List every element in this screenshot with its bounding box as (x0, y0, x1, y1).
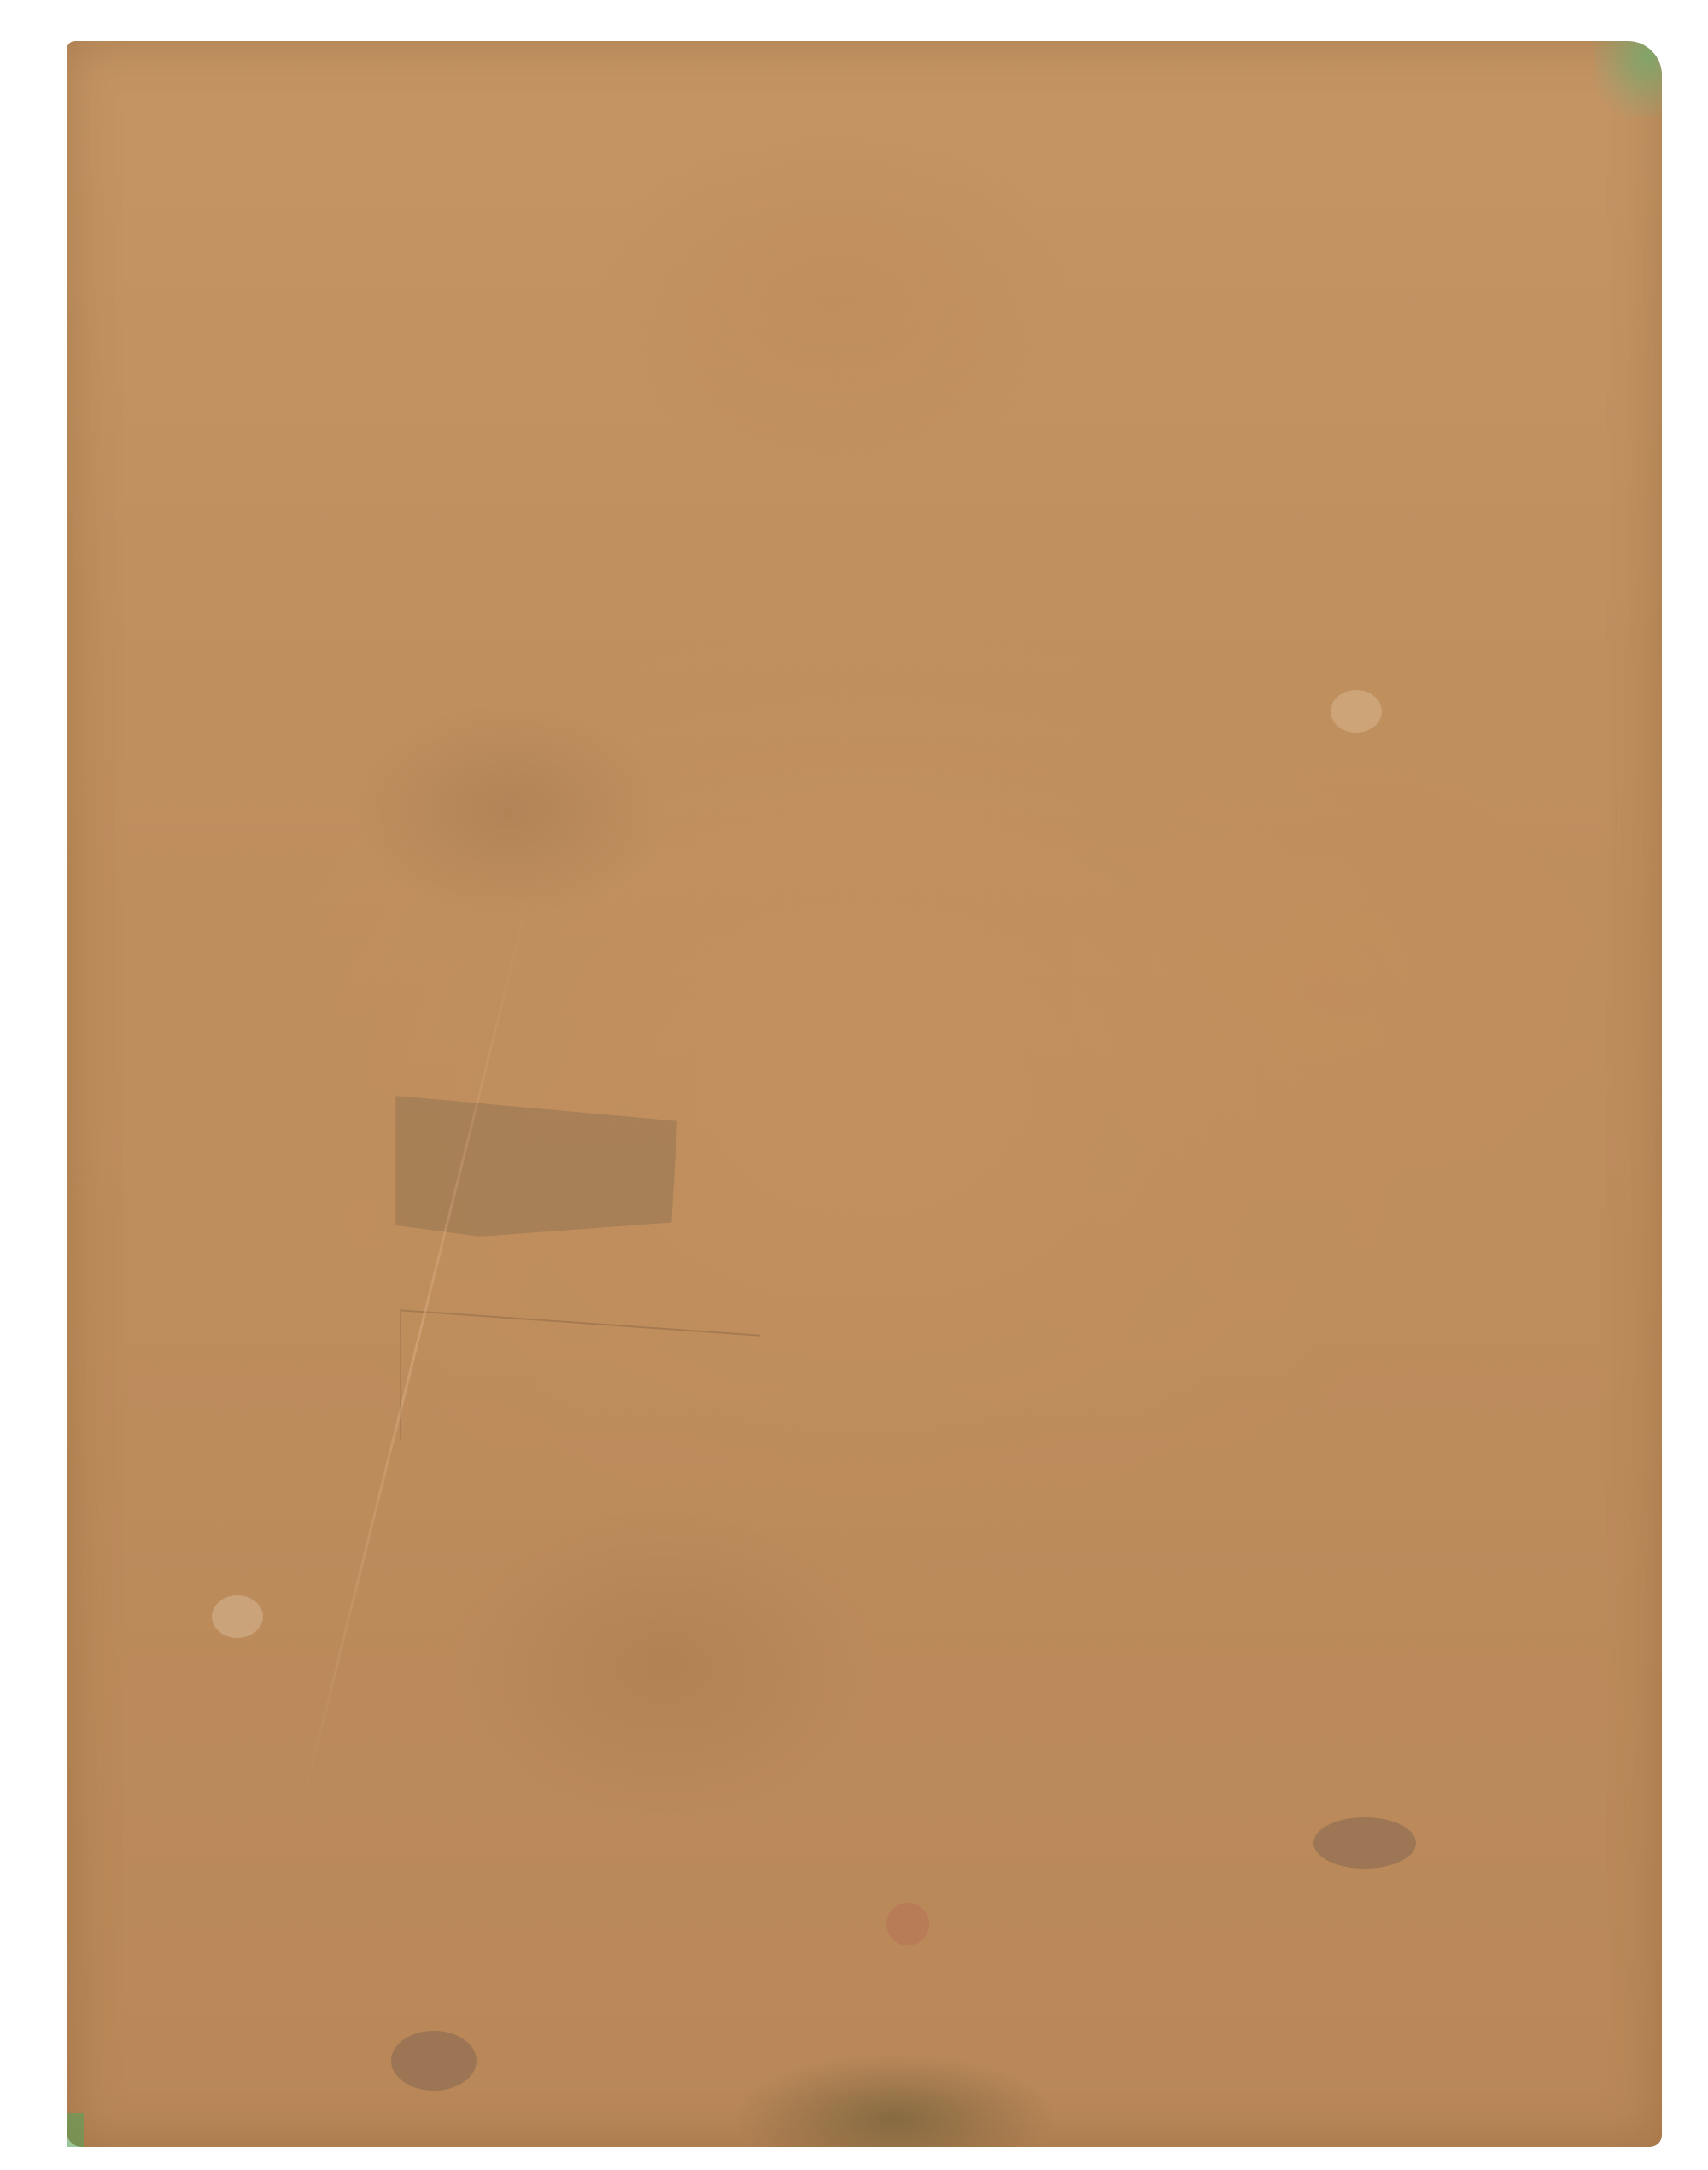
water-stain (733, 2053, 1057, 2147)
paper-sheet (67, 41, 1662, 2147)
tape-residue (395, 1096, 677, 1237)
spot-stain (886, 1903, 929, 1945)
green-edge-stain (67, 2113, 84, 2147)
tape-outline (400, 1309, 760, 1465)
spot-stain (391, 2031, 477, 2091)
green-corner-stain (1594, 41, 1662, 118)
spot-stain (1331, 690, 1382, 733)
spot-stain (212, 1595, 263, 1638)
spot-stain (1313, 1817, 1416, 1869)
